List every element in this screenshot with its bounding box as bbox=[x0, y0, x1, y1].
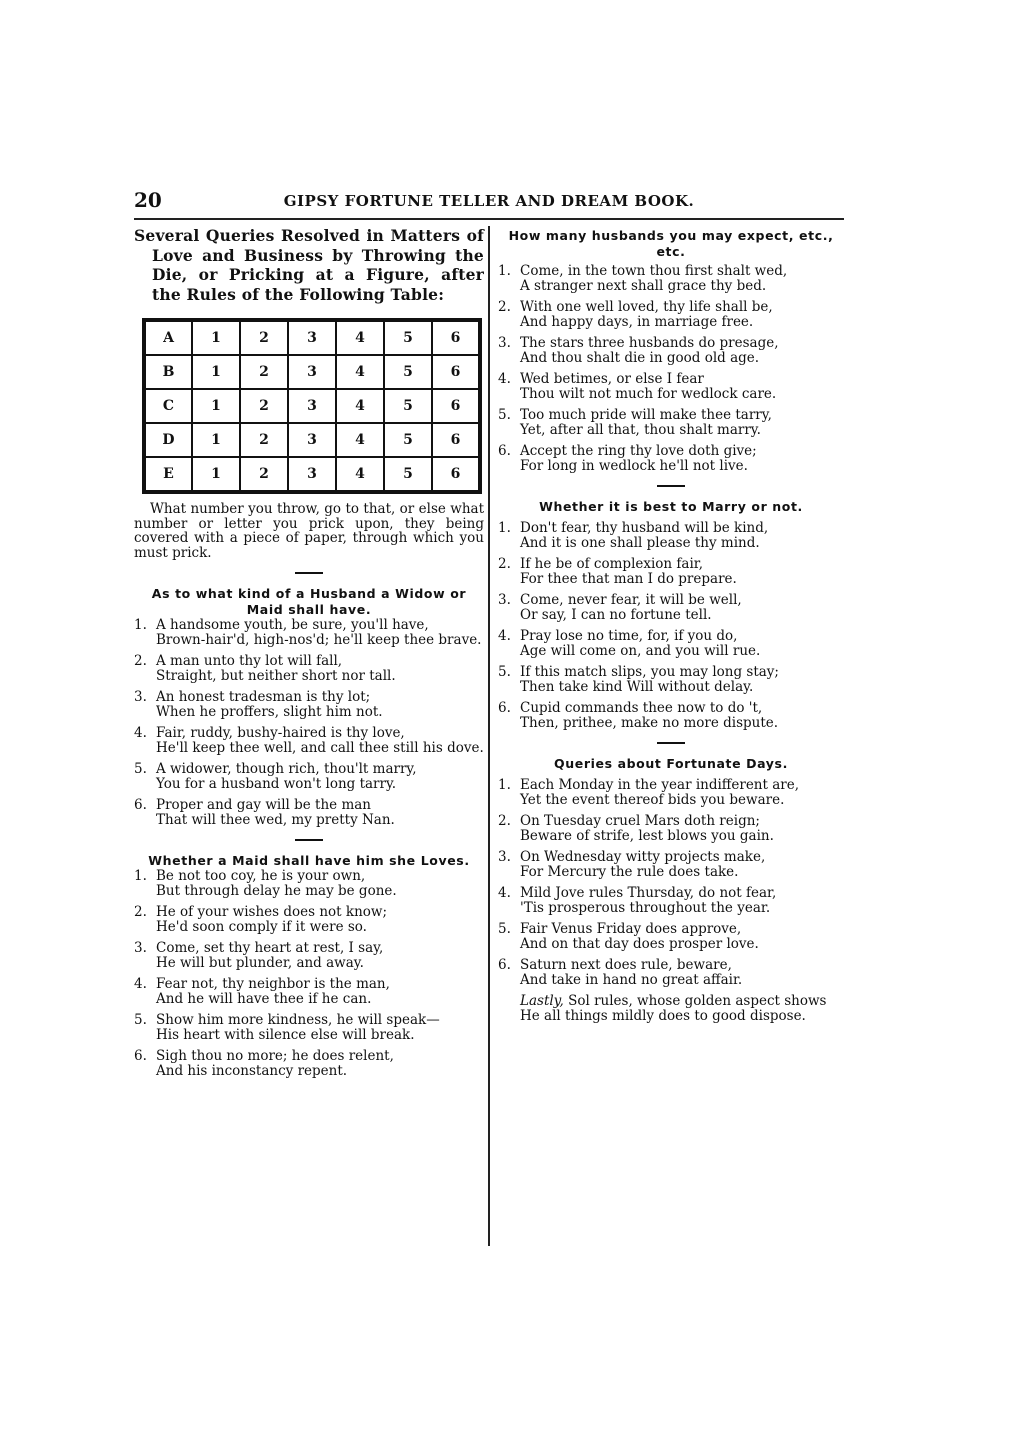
verse-item: 1.Come, in the town thou first shalt wed… bbox=[498, 264, 844, 293]
verse-item: 6.Saturn next does rule, beware,And take… bbox=[498, 958, 844, 987]
number-cell: 3 bbox=[288, 423, 336, 457]
die-figure-table: A123456B123456C123456D123456E123456 bbox=[142, 318, 482, 494]
verse-item: 6.Accept the ring thy love doth give;For… bbox=[498, 444, 844, 473]
verse-line: Then, prithee, make no more dispute. bbox=[520, 716, 844, 731]
verse-line: A man unto thy lot will fall, bbox=[156, 654, 484, 669]
section-divider bbox=[657, 742, 685, 744]
verse-line: Beware of strife, lest blows you gain. bbox=[520, 829, 844, 844]
verse-line: For thee that man I do prepare. bbox=[520, 572, 844, 587]
verse-number: 4. bbox=[498, 629, 520, 658]
running-head: 20 GIPSY FORTUNE TELLER AND DREAM BOOK. bbox=[134, 188, 844, 220]
number-cell: 1 bbox=[192, 423, 240, 457]
verse-item: 4.Pray lose no time, for, if you do,Age … bbox=[498, 629, 844, 658]
section-heading-husband: As to what kind of a Husband a Widow or … bbox=[134, 586, 484, 618]
number-cell: 2 bbox=[240, 423, 288, 457]
verse-number: 6. bbox=[498, 958, 520, 987]
verse-line: And thou shalt die in good old age. bbox=[520, 351, 844, 366]
verse-number: 3. bbox=[134, 941, 156, 970]
verse-number: 3. bbox=[134, 690, 156, 719]
verse-item: 6.Proper and gay will be the manThat wil… bbox=[134, 798, 484, 827]
verse-line: He will but plunder, and away. bbox=[156, 956, 484, 971]
number-cell: 4 bbox=[336, 389, 384, 423]
instructions-paragraph: What number you throw, go to that, or el… bbox=[134, 502, 484, 560]
verse-item: 5.Show him more kindness, he will speak—… bbox=[134, 1013, 484, 1042]
number-cell: 5 bbox=[384, 423, 432, 457]
book-page: 20 GIPSY FORTUNE TELLER AND DREAM BOOK. … bbox=[134, 188, 844, 226]
number-cell: 1 bbox=[192, 457, 240, 492]
verse-number: 1. bbox=[498, 778, 520, 807]
verse-list-days: 1.Each Monday in the year indifferent ar… bbox=[498, 778, 844, 987]
row-letter-cell: B bbox=[144, 355, 192, 389]
number-cell: 4 bbox=[336, 457, 384, 492]
verse-number: 4. bbox=[498, 886, 520, 915]
verse-item: 1.Be not too coy, he is your own,But thr… bbox=[134, 869, 484, 898]
number-cell: 5 bbox=[384, 457, 432, 492]
row-letter-cell: A bbox=[144, 320, 192, 355]
verse-item: 6.Sigh thou no more; he does relent,And … bbox=[134, 1049, 484, 1078]
verse-number: 2. bbox=[134, 905, 156, 934]
number-cell: 4 bbox=[336, 423, 384, 457]
verse-line: A widower, though rich, thou'lt marry, bbox=[156, 762, 484, 777]
row-letter-cell: C bbox=[144, 389, 192, 423]
number-cell: 3 bbox=[288, 457, 336, 492]
section-divider bbox=[657, 485, 685, 487]
verse-item: 3.On Wednesday witty projects make,For M… bbox=[498, 850, 844, 879]
verse-line: On Tuesday cruel Mars doth reign; bbox=[520, 814, 844, 829]
number-cell: 2 bbox=[240, 457, 288, 492]
number-cell: 6 bbox=[432, 457, 480, 492]
number-cell: 5 bbox=[384, 389, 432, 423]
verse-line: Pray lose no time, for, if you do, bbox=[520, 629, 844, 644]
verse-item: 1.A handsome youth, be sure, you'll have… bbox=[134, 618, 484, 647]
verse-number: 2. bbox=[498, 814, 520, 843]
verse-line: He of your wishes does not know; bbox=[156, 905, 484, 920]
number-cell: 6 bbox=[432, 389, 480, 423]
verse-line: Or say, I can no fortune tell. bbox=[520, 608, 844, 623]
verse-item: 1.Don't fear, thy husband will be kind,A… bbox=[498, 521, 844, 550]
verse-line: Saturn next does rule, beware, bbox=[520, 958, 844, 973]
verse-item: 2.If he be of complexion fair,For thee t… bbox=[498, 557, 844, 586]
verse-line: Sigh thou no more; he does relent, bbox=[156, 1049, 484, 1064]
verse-item: 2.He of your wishes does not know;He'd s… bbox=[134, 905, 484, 934]
verse-number: 2. bbox=[498, 557, 520, 586]
verse-line: When he proffers, slight him not. bbox=[156, 705, 484, 720]
verse-line: On Wednesday witty projects make, bbox=[520, 850, 844, 865]
verse-line: For Mercury the rule does take. bbox=[520, 865, 844, 880]
verse-number: 3. bbox=[498, 850, 520, 879]
verse-number: 5. bbox=[134, 1013, 156, 1042]
verse-item: 3.The stars three husbands do presage,An… bbox=[498, 336, 844, 365]
number-cell: 6 bbox=[432, 355, 480, 389]
verse-item: 2.With one well loved, thy life shall be… bbox=[498, 300, 844, 329]
verse-number: 6. bbox=[134, 798, 156, 827]
number-cell: 5 bbox=[384, 355, 432, 389]
number-cell: 2 bbox=[240, 320, 288, 355]
verse-line: But through delay he may be gone. bbox=[156, 884, 484, 899]
table-row: B123456 bbox=[144, 355, 480, 389]
verse-line: You for a husband won't long tarry. bbox=[156, 777, 484, 792]
verse-item: 3.Come, set thy heart at rest, I say,He … bbox=[134, 941, 484, 970]
verse-item: 5.A widower, though rich, thou'lt marry,… bbox=[134, 762, 484, 791]
verse-line: And his inconstancy repent. bbox=[156, 1064, 484, 1079]
row-letter-cell: E bbox=[144, 457, 192, 492]
verse-line: Cupid commands thee now to do 't, bbox=[520, 701, 844, 716]
verse-number: 5. bbox=[498, 922, 520, 951]
section-heading-marry: Whether it is best to Marry or not. bbox=[498, 499, 844, 515]
verse-line: Come, in the town thou first shalt wed, bbox=[520, 264, 844, 279]
verse-line: He'll keep thee well, and call thee stil… bbox=[156, 741, 484, 756]
verse-item: 4.Mild Jove rules Thursday, do not fear,… bbox=[498, 886, 844, 915]
verse-number: 1. bbox=[498, 521, 520, 550]
verse-line: Wed betimes, or else I fear bbox=[520, 372, 844, 387]
verse-line: Thou wilt not much for wedlock care. bbox=[520, 387, 844, 402]
verse-list-maid: 1.Be not too coy, he is your own,But thr… bbox=[134, 869, 484, 1078]
number-cell: 2 bbox=[240, 355, 288, 389]
verse-number: 6. bbox=[498, 444, 520, 473]
section-heading-maid: Whether a Maid shall have him she Loves. bbox=[134, 853, 484, 869]
verse-line: Brown-hair'd, high-nos'd; he'll keep the… bbox=[156, 633, 484, 648]
section-divider bbox=[295, 839, 323, 841]
verse-number: 1. bbox=[498, 264, 520, 293]
verse-item: 3.An honest tradesman is thy lot;When he… bbox=[134, 690, 484, 719]
verse-number: 5. bbox=[498, 408, 520, 437]
verse-list-marry: 1.Don't fear, thy husband will be kind,A… bbox=[498, 521, 844, 730]
verse-line: Then take kind Will without delay. bbox=[520, 680, 844, 695]
number-cell: 6 bbox=[432, 423, 480, 457]
verse-line: Show him more kindness, he will speak— bbox=[156, 1013, 484, 1028]
verse-item: 5.Fair Venus Friday does approve,And on … bbox=[498, 922, 844, 951]
verse-item: 4.Fair, ruddy, bushy-haired is thy love,… bbox=[134, 726, 484, 755]
verse-line: If he be of complexion fair, bbox=[520, 557, 844, 572]
left-column: Several Queries Resolved in Matters of L… bbox=[134, 226, 484, 1085]
number-cell: 5 bbox=[384, 320, 432, 355]
verse-line: Proper and gay will be the man bbox=[156, 798, 484, 813]
verse-line: Mild Jove rules Thursday, do not fear, bbox=[520, 886, 844, 901]
verse-line: Fair Venus Friday does approve, bbox=[520, 922, 844, 937]
verse-item: 5.If this match slips, you may long stay… bbox=[498, 665, 844, 694]
verse-line: And it is one shall please thy mind. bbox=[520, 536, 844, 551]
table-row: A123456 bbox=[144, 320, 480, 355]
table-row: C123456 bbox=[144, 389, 480, 423]
verse-line: And he will have thee if he can. bbox=[156, 992, 484, 1007]
verse-item: 4.Fear not, thy neighbor is the man,And … bbox=[134, 977, 484, 1006]
number-cell: 4 bbox=[336, 355, 384, 389]
verse-line: The stars three husbands do presage, bbox=[520, 336, 844, 351]
verse-number: 3. bbox=[498, 336, 520, 365]
verse-line: That will thee wed, my pretty Nan. bbox=[156, 813, 484, 828]
verse-number: 4. bbox=[134, 726, 156, 755]
verse-line: Straight, but neither short nor tall. bbox=[156, 669, 484, 684]
verse-line: Fair, ruddy, bushy-haired is thy love, bbox=[156, 726, 484, 741]
verse-line: For long in wedlock he'll not live. bbox=[520, 459, 844, 474]
section-heading-days: Queries about Fortunate Days. bbox=[498, 756, 844, 772]
verse-number: 3. bbox=[498, 593, 520, 622]
verse-line: An honest tradesman is thy lot; bbox=[156, 690, 484, 705]
verse-number: 2. bbox=[134, 654, 156, 683]
verse-line: Each Monday in the year indifferent are, bbox=[520, 778, 844, 793]
verse-list-husbands-count: 1.Come, in the town thou first shalt wed… bbox=[498, 264, 844, 473]
verse-number: 4. bbox=[498, 372, 520, 401]
number-cell: 3 bbox=[288, 355, 336, 389]
verse-line: He'd soon comply if it were so. bbox=[156, 920, 484, 935]
verse-number: 1. bbox=[134, 618, 156, 647]
verse-item: 4.Wed betimes, or else I fearThou wilt n… bbox=[498, 372, 844, 401]
right-column: How many husbands you may expect, etc., … bbox=[488, 226, 844, 1246]
verse-line: Yet, after all that, thou shalt marry. bbox=[520, 423, 844, 438]
verse-line: A stranger next shall grace thy bed. bbox=[520, 279, 844, 294]
verse-line: And happy days, in marriage free. bbox=[520, 315, 844, 330]
number-cell: 6 bbox=[432, 320, 480, 355]
verse-number: 6. bbox=[134, 1049, 156, 1078]
verse-line: Fear not, thy neighbor is the man, bbox=[156, 977, 484, 992]
intro-heading: Several Queries Resolved in Matters of L… bbox=[134, 226, 484, 304]
verse-number: 6. bbox=[498, 701, 520, 730]
number-cell: 1 bbox=[192, 389, 240, 423]
verse-line: If this match slips, you may long stay; bbox=[520, 665, 844, 680]
verse-item: 2.A man unto thy lot will fall,Straight,… bbox=[134, 654, 484, 683]
verse-line: Come, set thy heart at rest, I say, bbox=[156, 941, 484, 956]
verse-line: Age will come on, and you will rue. bbox=[520, 644, 844, 659]
verse-line: And take in hand no great affair. bbox=[520, 973, 844, 988]
verse-number: 1. bbox=[134, 869, 156, 898]
verse-line: Come, never fear, it will be well, bbox=[520, 593, 844, 608]
lastly-verse: Lastly, Sol rules, whose golden aspect s… bbox=[498, 994, 844, 1023]
verse-line: Yet the event thereof bids you beware. bbox=[520, 793, 844, 808]
number-cell: 1 bbox=[192, 355, 240, 389]
verse-line: His heart with silence else will break. bbox=[156, 1028, 484, 1043]
verse-item: 6.Cupid commands thee now to do 't,Then,… bbox=[498, 701, 844, 730]
number-cell: 2 bbox=[240, 389, 288, 423]
verse-line: 'Tis prosperous throughout the year. bbox=[520, 901, 844, 916]
verse-line: A handsome youth, be sure, you'll have, bbox=[156, 618, 484, 633]
verse-item: 5.Too much pride will make thee tarry,Ye… bbox=[498, 408, 844, 437]
verse-line: Too much pride will make thee tarry, bbox=[520, 408, 844, 423]
number-cell: 1 bbox=[192, 320, 240, 355]
verse-list-husband: 1.A handsome youth, be sure, you'll have… bbox=[134, 618, 484, 827]
number-cell: 4 bbox=[336, 320, 384, 355]
running-title: GIPSY FORTUNE TELLER AND DREAM BOOK. bbox=[134, 192, 844, 210]
section-divider bbox=[295, 572, 323, 574]
number-cell: 3 bbox=[288, 320, 336, 355]
verse-number: 2. bbox=[498, 300, 520, 329]
verse-line: Don't fear, thy husband will be kind, bbox=[520, 521, 844, 536]
verse-number: 5. bbox=[134, 762, 156, 791]
section-heading-husbands-count: How many husbands you may expect, etc., … bbox=[498, 228, 844, 260]
verse-item: 2.On Tuesday cruel Mars doth reign;Bewar… bbox=[498, 814, 844, 843]
row-letter-cell: D bbox=[144, 423, 192, 457]
verse-number: 5. bbox=[498, 665, 520, 694]
table-row: E123456 bbox=[144, 457, 480, 492]
lastly-line-2: He all things mildly does to good dispos… bbox=[520, 1008, 806, 1024]
number-cell: 3 bbox=[288, 389, 336, 423]
verse-item: 3.Come, never fear, it will be well,Or s… bbox=[498, 593, 844, 622]
verse-line: And on that day does prosper love. bbox=[520, 937, 844, 952]
table-row: D123456 bbox=[144, 423, 480, 457]
verse-line: Be not too coy, he is your own, bbox=[156, 869, 484, 884]
verse-line: Accept the ring thy love doth give; bbox=[520, 444, 844, 459]
verse-line: With one well loved, thy life shall be, bbox=[520, 300, 844, 315]
verse-number: 4. bbox=[134, 977, 156, 1006]
verse-item: 1.Each Monday in the year indifferent ar… bbox=[498, 778, 844, 807]
